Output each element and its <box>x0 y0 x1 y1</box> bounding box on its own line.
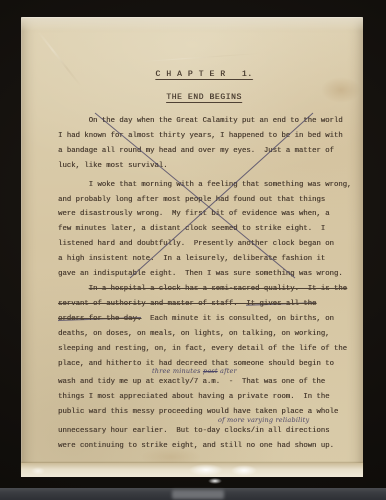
typed-line: few minutes later, a distant clock seeme… <box>58 222 350 237</box>
typed-text: place, and hitherto it had decreed that … <box>58 360 334 368</box>
section-heading: THE END BEGINS <box>58 93 350 103</box>
typed-text: On the day when the Great Calamity put a… <box>58 117 343 125</box>
typed-line: things I most appreciated about having a… <box>58 390 350 405</box>
typed-line: In a hospital a clock has a semi-sacred … <box>58 282 350 297</box>
typed-line: servant of authority and master of staff… <box>58 297 350 312</box>
handwritten-text: of more varying reliability <box>218 416 309 424</box>
typed-line: unnecessary hour earlier. But to-day clo… <box>58 424 350 439</box>
typed-text: servant of authority and master of staff… <box>58 300 246 308</box>
typed-text: wash and tidy me up at exactly/7 a.m. - … <box>58 378 325 386</box>
typed-text: It gives all the <box>246 300 316 308</box>
typed-line: and probably long after most people had … <box>58 193 350 208</box>
paper-top-edge <box>21 17 363 31</box>
typed-text: I woke that morning with a feeling that … <box>58 181 351 189</box>
typed-text: In a hospital a clock has a semi-sacred … <box>89 285 347 293</box>
typed-line: I had known for almost thirty years, I h… <box>58 129 350 144</box>
typed-line: orders for the day. Each minute it is co… <box>58 312 350 327</box>
handwritten-text: past <box>203 367 218 375</box>
framed-manuscript-photo: C H A P T E R 1. THE END BEGINS On the d… <box>0 0 386 500</box>
typed-text: orders for the day. <box>58 315 141 323</box>
typed-text: a bandage all round my head and over my … <box>58 147 334 155</box>
typed-text: luck, like most survival. <box>58 162 167 170</box>
typed-line: wash and tidy me up at exactly/7 a.m. - … <box>58 375 350 390</box>
typed-paragraphs: On the day when the Great Calamity put a… <box>58 114 350 454</box>
typed-line: were continuing to strike eight, and sti… <box>58 439 350 454</box>
typed-line: were disastrously wrong. My first bit of… <box>58 207 350 222</box>
typed-text: gave an indisputable eight. Then I was s… <box>58 270 343 278</box>
manuscript-page: C H A P T E R 1. THE END BEGINS On the d… <box>21 17 363 477</box>
typed-line: gave an indisputable eight. Then I was s… <box>58 267 350 282</box>
typed-text: things I most appreciated about having a… <box>58 393 330 401</box>
handwritten-text: after <box>218 367 237 375</box>
handwritten-insertion: of more varying reliability <box>218 417 309 424</box>
typed-line: sleeping and resting, on, in fact, every… <box>58 342 350 357</box>
typed-content: C H A P T E R 1. THE END BEGINS On the d… <box>58 70 350 454</box>
typed-line: deaths, on doses, on meals, on lights, o… <box>58 327 350 342</box>
typed-text <box>58 285 89 293</box>
typed-text: listened hard and doubtfully. Presently … <box>58 240 334 248</box>
typed-text: I had known for almost thirty years, I h… <box>58 132 343 140</box>
typed-text: Each minute it is consulted, on births, … <box>141 315 334 323</box>
typed-text: were disastrously wrong. My first bit of… <box>58 210 330 218</box>
typed-line: a bandage all round my head and over my … <box>58 144 350 159</box>
paper-crease <box>141 53 261 62</box>
typed-line: I woke that morning with a feeling that … <box>58 178 350 193</box>
typed-text: few minutes later, a distant clock seeme… <box>58 225 325 233</box>
handwritten-insertion: three minutes past after <box>152 368 237 375</box>
paper-bottom-edge <box>21 463 363 477</box>
typed-text: and probably long after most people had … <box>58 196 325 204</box>
typed-text: public ward this messy proceeding would … <box>58 408 338 416</box>
chapter-heading: C H A P T E R 1. <box>58 70 350 80</box>
typed-line: On the day when the Great Calamity put a… <box>58 114 350 129</box>
typed-line: listened hard and doubtfully. Presently … <box>58 237 350 252</box>
handwritten-text: three minutes <box>152 367 203 375</box>
glass-glare <box>31 467 45 475</box>
typed-text: a high insistent note. In a leisurely, d… <box>58 255 325 263</box>
typed-text: sleeping and resting, on, in fact, every… <box>58 345 347 353</box>
frame-glint-highlight <box>208 478 222 484</box>
typed-line: luck, like most survival. <box>58 159 350 174</box>
typed-text: were continuing to strike eight, and sti… <box>58 442 334 450</box>
glass-glare <box>231 465 257 476</box>
typed-text: deaths, on doses, on meals, on lights, o… <box>58 330 330 338</box>
typed-line: a high insistent note. In a leisurely, d… <box>58 252 350 267</box>
shelf-reflection <box>172 490 224 499</box>
glass-glare <box>189 464 223 476</box>
typed-text: unnecessary hour earlier. But to-day clo… <box>58 427 330 435</box>
